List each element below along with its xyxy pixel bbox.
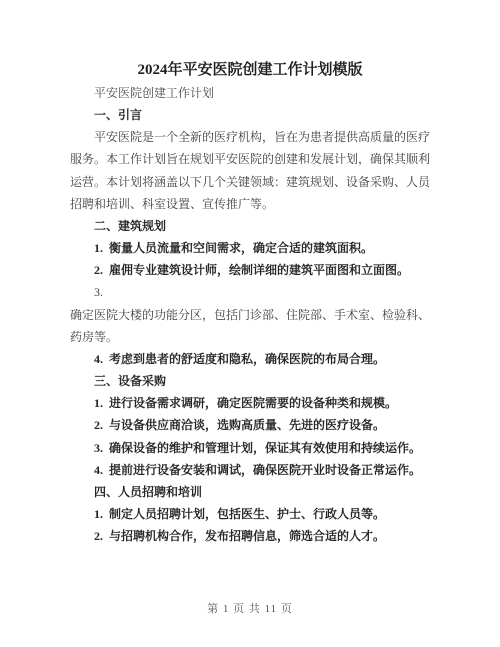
paragraph: 3.	[70, 281, 430, 303]
paragraph: 2. 与设备供应商洽谈，选购高质量、先进的医疗设备。	[70, 414, 430, 436]
paragraph: 三、设备采购	[70, 370, 430, 392]
paragraph: 2. 雇佣专业建筑设计师，绘制详细的建筑平面图和立面图。	[70, 259, 430, 281]
paragraph: 平安医院创建工作计划	[70, 82, 430, 104]
page-number-footer: 第 1 页 共 11 页	[0, 601, 500, 617]
paragraph: 确定医院大楼的功能分区，包括门诊部、住院部、手术室、检验科、药房等。	[70, 304, 430, 348]
paragraph: 1. 衡量人员流量和空间需求，确定合适的建筑面积。	[70, 237, 430, 259]
paragraph: 四、人员招聘和培训	[70, 481, 430, 503]
paragraph: 1. 进行设备需求调研，确定医院需要的设备种类和规模。	[70, 392, 430, 414]
paragraph: 一、引言	[70, 104, 430, 126]
document-title: 2024年平安医院创建工作计划模版	[0, 0, 500, 82]
paragraph: 4. 考虑到患者的舒适度和隐私，确保医院的布局合理。	[70, 348, 430, 370]
paragraph: 4. 提前进行设备安装和调试，确保医院开业时设备正常运作。	[70, 459, 430, 481]
paragraph: 1. 制定人员招聘计划，包括医生、护士、行政人员等。	[70, 503, 430, 525]
paragraph: 2. 与招聘机构合作，发布招聘信息，筛选合适的人才。	[70, 525, 430, 547]
paragraph: 二、建筑规划	[70, 215, 430, 237]
paragraph: 平安医院是一个全新的医疗机构，旨在为患者提供高质量的医疗服务。本工作计划旨在规划…	[70, 126, 430, 215]
document-body: 平安医院创建工作计划一、引言平安医院是一个全新的医疗机构，旨在为患者提供高质量的…	[70, 82, 430, 547]
paragraph: 3. 确保设备的维护和管理计划，保证其有效使用和持续运作。	[70, 437, 430, 459]
document-page: 2024年平安医院创建工作计划模版 平安医院创建工作计划一、引言平安医院是一个全…	[0, 0, 500, 647]
